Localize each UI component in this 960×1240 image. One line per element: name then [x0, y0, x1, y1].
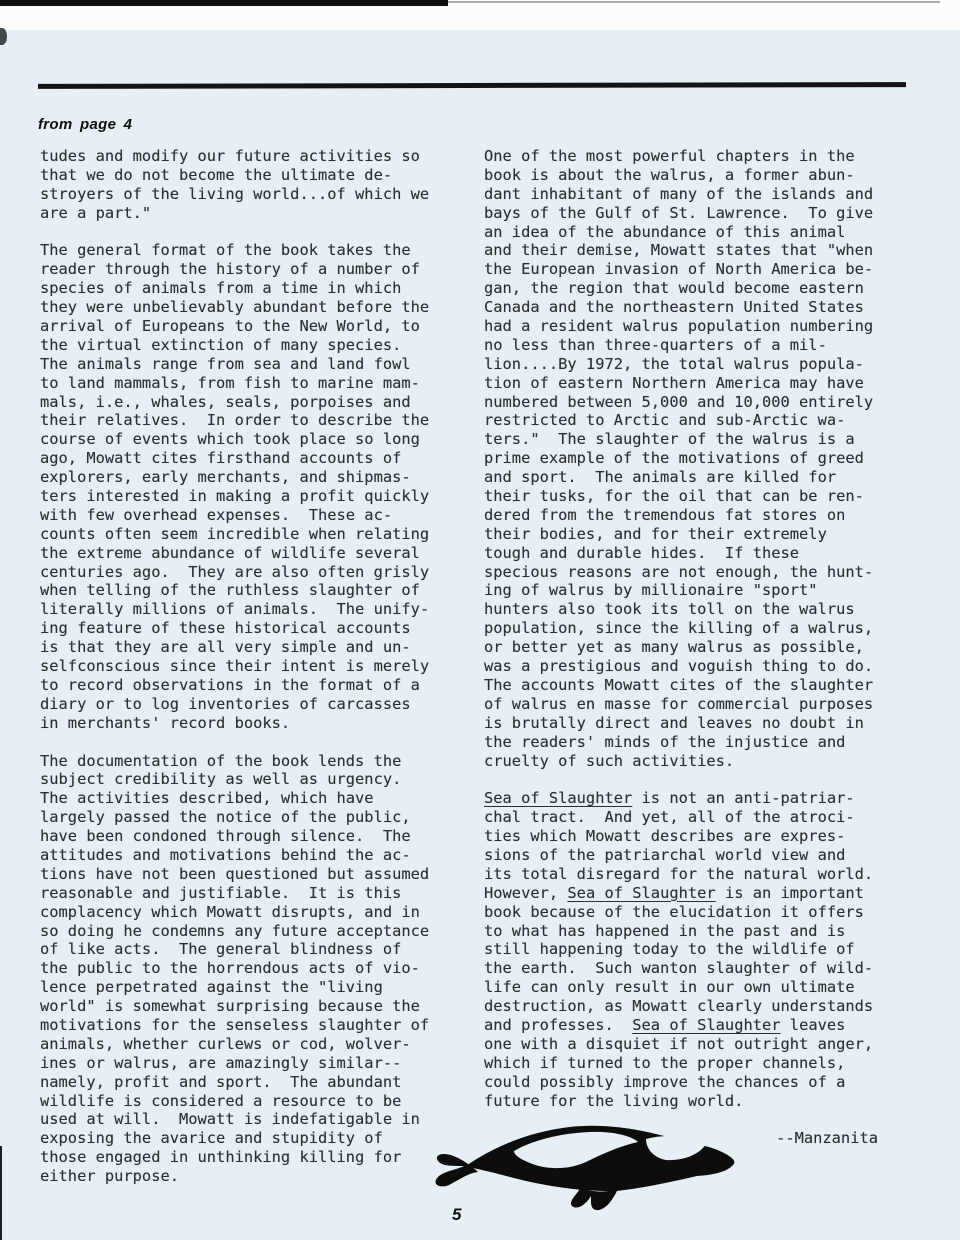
text-line: the extreme abundance of wildlife severa… [40, 544, 476, 563]
text-line: tion of eastern Northern America may hav… [484, 374, 920, 393]
text-line: literally millions of animals. The unify… [40, 600, 476, 619]
text-line: ing of walrus by millionaire "sport" [484, 581, 920, 600]
text-line: reader through the history of a number o… [40, 260, 476, 279]
text-line: specious reasons are not enough, the hun… [484, 563, 920, 582]
text-line: could possibly improve the chances of a [484, 1073, 920, 1092]
text-line: the earth. Such wanton slaughter of wild… [484, 959, 920, 978]
text-line: ters interested in making a profit quick… [40, 487, 476, 506]
text-line: book because of the elucidation it offer… [484, 903, 920, 922]
text-line: still happening today to the wildlife of [484, 940, 920, 959]
text-line: wildlife is considered a resource to be [40, 1092, 476, 1111]
text-line: chal tract. And yet, all of the atroci- [484, 808, 920, 827]
text-line: sions of the patriarchal world view and [484, 846, 920, 865]
text-line: explorers, early merchants, and shipmas- [40, 468, 476, 487]
text-line: lion....By 1972, the total walrus popula… [484, 355, 920, 374]
text-line: stroyers of the living world...of which … [40, 185, 476, 204]
text-line: and their demise, Mowatt states that "wh… [484, 241, 920, 260]
scanner-edge-line [0, 0, 448, 6]
text-line [40, 223, 476, 242]
text-line: had a resident walrus population numberi… [484, 317, 920, 336]
text-line: an idea of the abundance of this animal [484, 223, 920, 242]
text-line [484, 770, 920, 789]
text-line: the readers' minds of the injustice and [484, 733, 920, 752]
text-line: mals, i.e., whales, seals, porpoises and [40, 393, 476, 412]
scan-edge-mark [0, 1146, 2, 1240]
text-line: exposing the avarice and stupidity of [40, 1129, 476, 1148]
text-line: ters." The slaughter of the walrus is a [484, 430, 920, 449]
text-line: counts often seem incredible when relati… [40, 525, 476, 544]
text-line: reasonable and justifiable. It is this [40, 884, 476, 903]
text-line: arrival of Europeans to the New World, t… [40, 317, 476, 336]
text-line: selfconscious since their intent is mere… [40, 657, 476, 676]
text-line [40, 733, 476, 752]
text-line: course of events which took place so lon… [40, 430, 476, 449]
text-line: tions have not been questioned but assum… [40, 865, 476, 884]
text-line: one with a disquiet if not outright ange… [484, 1035, 920, 1054]
text-line: namely, profit and sport. The abundant [40, 1073, 476, 1092]
text-line: ines or walrus, are amazingly similar-- [40, 1054, 476, 1073]
text-line: of walrus en masse for commercial purpos… [484, 695, 920, 714]
header-rule [38, 82, 906, 89]
text-line: diary or to log inventories of carcasses [40, 695, 476, 714]
text-line: are a part." [40, 204, 476, 223]
text-line: or better yet as many walrus as possible… [484, 638, 920, 657]
text-line: to record observations in the format of … [40, 676, 476, 695]
text-line: its total disregard for the natural worl… [484, 865, 920, 884]
text-line: population, since the killing of a walru… [484, 619, 920, 638]
text-line: largely passed the notice of the public, [40, 808, 476, 827]
text-line: ties which Mowatt describes are expres- [484, 827, 920, 846]
text-line: to land mammals, from fish to marine mam… [40, 374, 476, 393]
text-line: their relatives. In order to describe th… [40, 411, 476, 430]
scanner-edge-line-thin [448, 1, 940, 3]
text-line: gan, the region that would become easter… [484, 279, 920, 298]
text-line: complacency which Mowatt disrupts, and i… [40, 903, 476, 922]
text-line: bays of the Gulf of St. Lawrence. To giv… [484, 204, 920, 223]
text-line: is that they are all very simple and un- [40, 638, 476, 657]
text-line: the European invasion of North America b… [484, 260, 920, 279]
text-line: they were unbelievably abundant before t… [40, 298, 476, 317]
text-line: cruelty of such activities. [484, 752, 920, 771]
seal-illustration [430, 1116, 744, 1216]
text-line: so doing he condemns any future acceptan… [40, 922, 476, 941]
text-line: the public to the horrendous acts of vio… [40, 959, 476, 978]
text-line: ing feature of these historical accounts [40, 619, 476, 638]
text-line: life can only result in our own ultimate [484, 978, 920, 997]
text-line: Sea of Slaughter is not an anti-patriar- [484, 789, 920, 808]
text-line: The activities described, which have [40, 789, 476, 808]
text-line: The animals range from sea and land fowl [40, 355, 476, 374]
page-number: 5 [452, 1205, 461, 1225]
text-line: dant inhabitant of many of the islands a… [484, 185, 920, 204]
text-line: when telling of the ruthless slaughter o… [40, 581, 476, 600]
text-line: hunters also took its toll on the walrus [484, 600, 920, 619]
text-line: have been condoned through silence. The [40, 827, 476, 846]
text-line: is brutally direct and leaves no doubt i… [484, 714, 920, 733]
text-line: to what has happened in the past and is [484, 922, 920, 941]
text-line: either purpose. [40, 1167, 476, 1186]
text-line: of like acts. The general blindness of [40, 940, 476, 959]
text-line: those engaged in unthinking killing for [40, 1148, 476, 1167]
text-line: future for the living world. [484, 1092, 920, 1111]
text-line: and sport. The animals are killed for [484, 468, 920, 487]
text-line: destruction, as Mowatt clearly understan… [484, 997, 920, 1016]
text-line: The documentation of the book lends the [40, 752, 476, 771]
text-line: used at will. Mowatt is indefatigable in [40, 1110, 476, 1129]
text-line: attitudes and motivations behind the ac- [40, 846, 476, 865]
text-line: in merchants' record books. [40, 714, 476, 733]
text-line: tough and durable hides. If these [484, 544, 920, 563]
text-line: The general format of the book takes the [40, 241, 476, 260]
scanned-newsletter-page: from page 4 tudes and modify our future … [0, 0, 960, 1240]
text-line: and professes. Sea of Slaughter leaves [484, 1016, 920, 1035]
text-line: tudes and modify our future activities s… [40, 147, 476, 166]
text-line: subject credibility as well as urgency. [40, 770, 476, 789]
text-line: dered from the tremendous fat stores on [484, 506, 920, 525]
text-line: centuries ago. They are also often grisl… [40, 563, 476, 582]
text-line: with few overhead expenses. These ac- [40, 506, 476, 525]
text-line: animals, whether curlews or cod, wolver- [40, 1035, 476, 1054]
text-line: motivations for the senseless slaughter … [40, 1016, 476, 1035]
text-line: which if turned to the proper channels, [484, 1054, 920, 1073]
continuation-label: from page 4 [38, 116, 132, 133]
text-line: lence perpetrated against the "living [40, 978, 476, 997]
text-line: world" is somewhat surprising because th… [40, 997, 476, 1016]
text-line: their bodies, and for their extremely [484, 525, 920, 544]
text-line: species of animals from a time in which [40, 279, 476, 298]
text-line: book is about the walrus, a former abun- [484, 166, 920, 185]
scan-smudge [0, 28, 7, 45]
text-line: the virtual extinction of many species. [40, 336, 476, 355]
left-column: tudes and modify our future activities s… [40, 147, 476, 1186]
text-line: ago, Mowatt cites firsthand accounts of [40, 449, 476, 468]
text-line: Canada and the northeastern United State… [484, 298, 920, 317]
text-line: no less than three-quarters of a mil- [484, 336, 920, 355]
right-column: One of the most powerful chapters in the… [484, 147, 920, 1110]
text-line: numbered between 5,000 and 10,000 entire… [484, 393, 920, 412]
text-line: The accounts Mowatt cites of the slaught… [484, 676, 920, 695]
text-line: that we do not become the ultimate de- [40, 166, 476, 185]
text-line: One of the most powerful chapters in the [484, 147, 920, 166]
text-line: their tusks, for the oil that can be ren… [484, 487, 920, 506]
text-line: However, Sea of Slaughter is an importan… [484, 884, 920, 903]
text-line: prime example of the motivations of gree… [484, 449, 920, 468]
text-line: restricted to Arctic and sub-Arctic wa- [484, 411, 920, 430]
text-line: was a prestigious and voguish thing to d… [484, 657, 920, 676]
